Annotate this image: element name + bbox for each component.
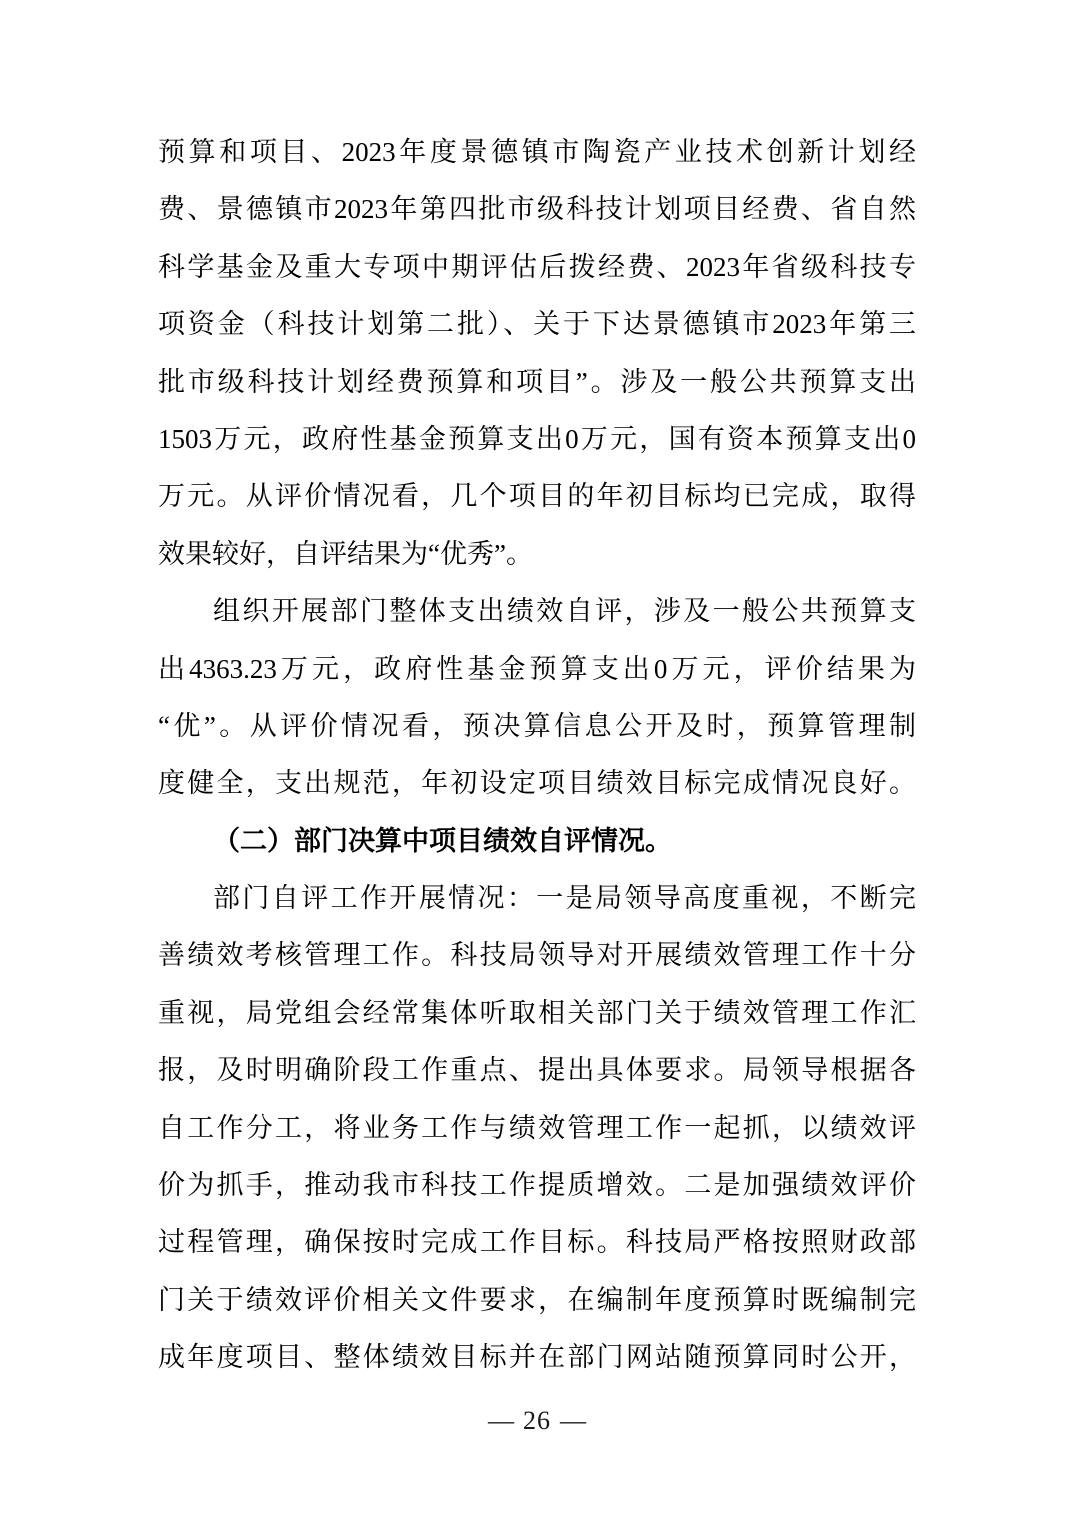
text-line: 预算和项目、2023年度景德镇市陶瓷产业技术创新计划经 [158, 124, 916, 181]
text-line: 门关于绩效评价相关文件要求，在编制年度预算时既编制完 [158, 1272, 916, 1329]
page-footer: —26— [0, 1404, 1074, 1438]
text-line: 出4363.23万元，政府性基金预算支出0万元，评价结果为 [158, 641, 916, 698]
text-line: 自工作分工，将业务工作与绩效管理工作一起抓，以绩效评 [158, 1100, 916, 1157]
text-line: 1503万元，政府性基金预算支出0万元，国有资本预算支出0 [158, 411, 916, 468]
text-line: 万元。从评价情况看，几个项目的年初目标均已完成，取得 [158, 468, 916, 525]
document-body: 预算和项目、2023年度景德镇市陶瓷产业技术创新计划经费、景德镇市2023年第四… [158, 124, 916, 1387]
section-heading: （二）部门决算中项目绩效自评情况。 [158, 813, 916, 870]
footer-dash-left: — [488, 1406, 514, 1435]
text-line: 报，及时明确阶段工作重点、提出具体要求。局领导根据各 [158, 1042, 916, 1099]
text-line: 批市级科技计划经费预算和项目”。涉及一般公共预算支出 [158, 354, 916, 411]
text-line: 价为抓手，推动我市科技工作提质增效。二是加强绩效评价 [158, 1157, 916, 1214]
text-line: 重视，局党组会经常集体听取相关部门关于绩效管理工作汇 [158, 985, 916, 1042]
text-line: 部门自评工作开展情况：一是局领导高度重视，不断完 [158, 870, 916, 927]
text-line: 费、景德镇市2023年第四批市级科技计划项目经费、省自然 [158, 181, 916, 238]
footer-dash-right: — [560, 1406, 586, 1435]
text-line: “优”。从评价情况看，预决算信息公开及时，预算管理制 [158, 698, 916, 755]
text-line: 效果较好，自评结果为“优秀”。 [158, 526, 916, 583]
document-page: 预算和项目、2023年度景德镇市陶瓷产业技术创新计划经费、景德镇市2023年第四… [0, 0, 1074, 1520]
text-line: 善绩效考核管理工作。科技局领导对开展绩效管理工作十分 [158, 927, 916, 984]
text-line: 科学基金及重大专项中期评估后拨经费、2023年省级科技专 [158, 239, 916, 296]
text-line: 成年度项目、整体绩效目标并在部门网站随预算同时公开， [158, 1329, 916, 1386]
text-line: 组织开展部门整体支出绩效自评，涉及一般公共预算支 [158, 583, 916, 640]
text-line: 过程管理，确保按时完成工作目标。科技局严格按照财政部 [158, 1214, 916, 1271]
text-line: 项资金（科技计划第二批）、关于下达景德镇市2023年第三 [158, 296, 916, 353]
page-number: 26 [523, 1406, 551, 1435]
text-line: 度健全，支出规范，年初设定项目绩效目标完成情况良好。 [158, 755, 916, 812]
